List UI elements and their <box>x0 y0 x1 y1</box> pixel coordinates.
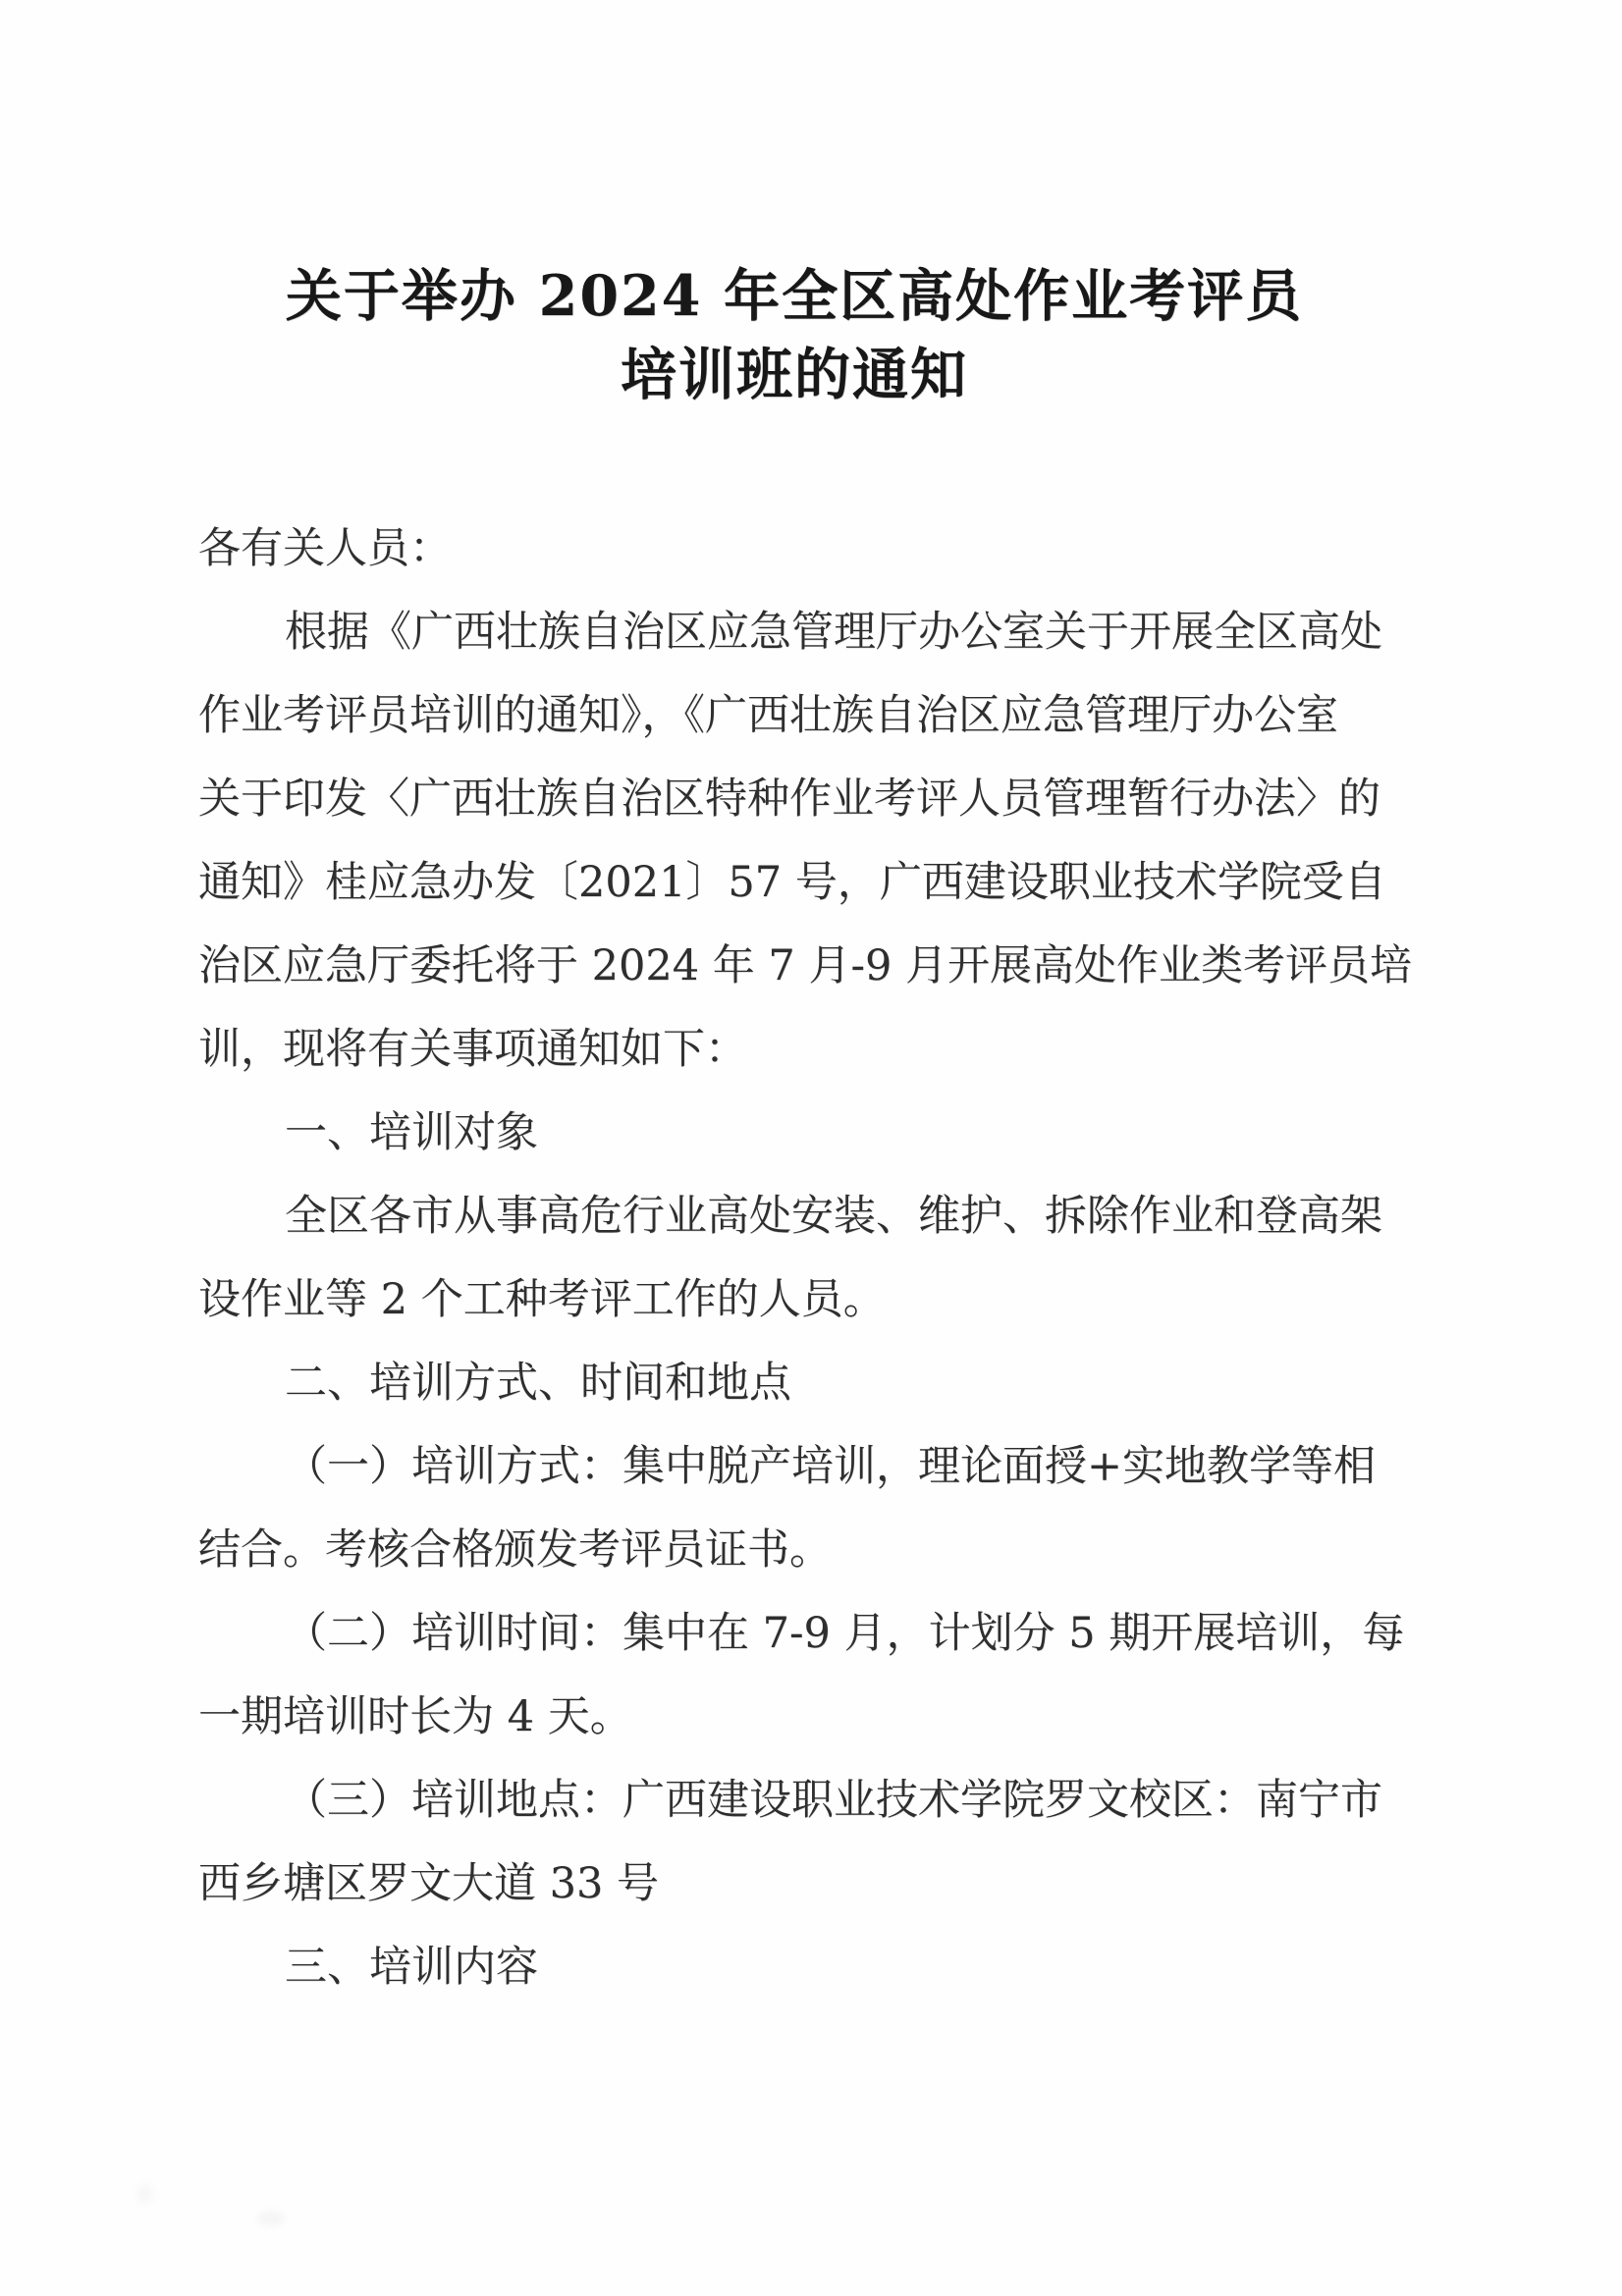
section-1-heading: 一、培训对象 <box>198 1092 1475 1175</box>
paragraph-1-line: 治区应急厅委托将于 2024 年 7 月-9 月开展高处作业类考评员培 <box>198 925 1475 1008</box>
document-title-line-2: 培训班的通知 <box>0 336 1589 414</box>
paragraph-3-line: （一）培训方式：集中脱产培训，理论面授+实地教学等相 <box>198 1425 1475 1509</box>
paragraph-5-line: （三）培训地点：广西建设职业技术学院罗文校区：南宁市 <box>198 1759 1475 1842</box>
document-body: 各有关人员： 根据《广西壮族自治区应急管理厅办公室关于开展全区高处 作业考评员培… <box>198 507 1475 2009</box>
section-2-heading: 二、培训方式、时间和地点 <box>198 1342 1475 1425</box>
scan-smudge <box>257 2211 285 2226</box>
paragraph-1-line: 根据《广西壮族自治区应急管理厅办公室关于开展全区高处 <box>198 591 1475 674</box>
document-title: 关于举办 2024 年全区高处作业考评员 培训班的通知 <box>0 0 1622 414</box>
paragraph-1-line: 训，现将有关事项通知如下： <box>198 1008 1475 1092</box>
paragraph-1-line: 关于印发〈广西壮族自治区特种作业考评人员管理暂行办法〉的 <box>198 758 1475 841</box>
paragraph-4-line: 一期培训时长为 4 天。 <box>198 1676 1475 1759</box>
paragraph-4-line: （二）培训时间：集中在 7-9 月，计划分 5 期开展培训，每 <box>198 1592 1475 1676</box>
paragraph-2-line: 全区各市从事高危行业高处安装、维护、拆除作业和登高架 <box>198 1175 1475 1258</box>
paragraph-1-line: 通知》桂应急办发〔2021〕57 号，广西建设职业技术学院受自 <box>198 841 1475 925</box>
document-page: 关于举办 2024 年全区高处作业考评员 培训班的通知 各有关人员： 根据《广西… <box>0 0 1622 2296</box>
scan-smudge <box>137 2184 153 2204</box>
paragraph-3-line: 结合。考核合格颁发考评员证书。 <box>198 1509 1475 1592</box>
paragraph-1-line: 作业考评员培训的通知》，《广西壮族自治区应急管理厅办公室 <box>198 674 1475 758</box>
section-3-heading: 三、培训内容 <box>198 1926 1475 2009</box>
salutation-line: 各有关人员： <box>198 507 1475 591</box>
paragraph-5-line: 西乡塘区罗文大道 33 号 <box>198 1842 1475 1926</box>
paragraph-2-line: 设作业等 2 个工种考评工作的人员。 <box>198 1258 1475 1342</box>
document-title-line-1: 关于举办 2024 年全区高处作业考评员 <box>0 257 1589 336</box>
